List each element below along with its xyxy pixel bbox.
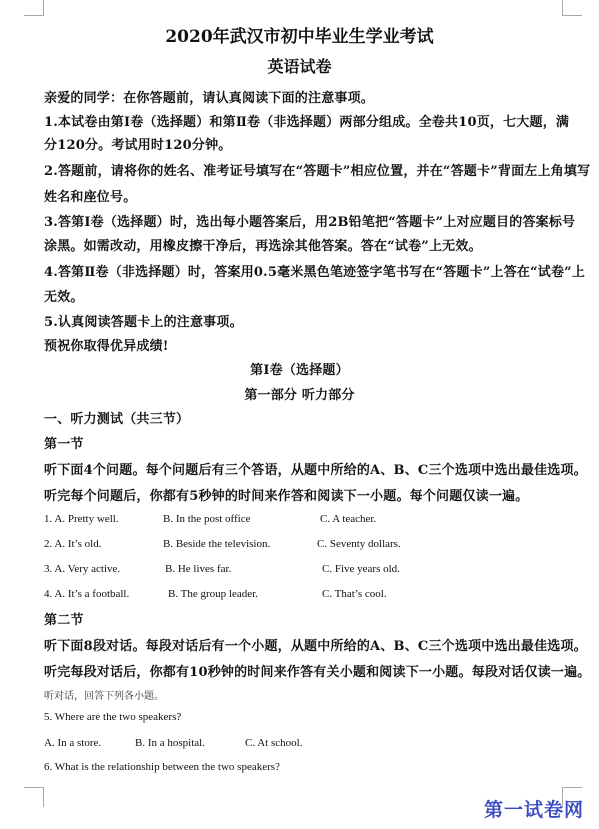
document-title: 2020年武汉市初中毕业生学业考试 [0,22,599,47]
section1-instruction: 听完每个问题后，你都有5秒钟的时间来作答和阅读下一小题。每个问题仅读一遍。 [44,485,528,504]
section2-instruction: 听完每段对话后，你都有10秒钟的时间来作答有关小题和阅读下一小题。每段对话仅读一… [44,661,591,680]
option-c: C. A teacher. [320,513,376,525]
section1-instruction: 听下面4个问题。每个问题后有三个答语，从题中所给的A、B、C三个选项中选出最佳选… [44,459,587,478]
corner-mark-top-left-v [43,0,44,16]
option-c: C. That’s cool. [322,588,387,600]
option-a: 2. A. It’s old. [44,538,101,550]
notice-line: 2.答题前，请将你的姓名、准考证号填写在“答题卡”相应位置，并在“答题卡”背面左… [44,160,590,179]
document-subtitle: 英语试卷 [0,54,599,77]
option-b: B. In the post office [163,513,250,525]
corner-mark-bottom-left-h [24,787,44,788]
option-a: 4. A. It’s a football. [44,588,129,600]
option-c: C. Five years old. [322,563,400,575]
corner-mark-top-right-h [562,15,582,16]
notice-greeting: 亲爱的同学：在你答题前，请认真阅读下面的注意事项。 [44,87,374,106]
notice-line: 分120分。考试用时120分钟。 [44,134,231,153]
option-a: A. In a store. [44,737,101,749]
notice-closing: 预祝你取得优异成绩! [44,335,169,354]
option-b: B. Beside the television. [163,538,270,550]
notice-line: 3.答第Ⅰ卷（选择题）时，选出每小题答案后，用2B铅笔把“答题卡”上对应题目的答… [44,211,575,230]
section2-instruction: 听下面8段对话。每段对话后有一个小题，从题中所给的A、B、C三个选项中选出最佳选… [44,635,587,654]
option-c: C. At school. [245,737,302,749]
question-6: 6. What is the relationship between the … [44,761,280,773]
option-b: B. The group leader. [168,588,258,600]
corner-mark-top-right-v [562,0,563,16]
question-5: 5. Where are the two speakers? [44,711,181,723]
corner-mark-bottom-right-h [562,787,582,788]
notice-line: 涂黑。如需改动，用橡皮擦干净后，再选涂其他答案。答在“试卷”上无效。 [44,235,482,254]
section1-heading: 第一节 [44,433,84,452]
option-c: C. Seventy dollars. [317,538,401,550]
site-watermark: 第一试卷网 [484,795,584,822]
part-title: 第一部分 听力部分 [0,384,599,403]
notice-line: 4.答第Ⅱ卷（非选择题）时，答案用0.5毫米黑色笔迹签字笔书写在“答题卡”上答在… [44,261,585,280]
notice-line: 无效。 [44,286,84,305]
volume-title: 第Ⅰ卷（选择题） [0,359,599,378]
section2-note: 听对话，回答下列各小题。 [44,687,164,702]
notice-line: 姓名和座位号。 [44,186,136,205]
section-title: 一、听力测试（共三节） [44,408,189,427]
notice-line: 1.本试卷由第Ⅰ卷（选择题）和第Ⅱ卷（非选择题）两部分组成。全卷共10页，七大题… [44,111,569,130]
option-a: 3. A. Very active. [44,563,120,575]
section2-heading: 第二节 [44,609,84,628]
option-b: B. He lives far. [165,563,231,575]
option-a: 1. A. Pretty well. [44,513,119,525]
notice-line: 5.认真阅读答题卡上的注意事项。 [44,311,243,330]
corner-mark-bottom-left-v [43,787,44,807]
corner-mark-top-left-h [24,15,44,16]
option-b: B. In a hospital. [135,737,205,749]
